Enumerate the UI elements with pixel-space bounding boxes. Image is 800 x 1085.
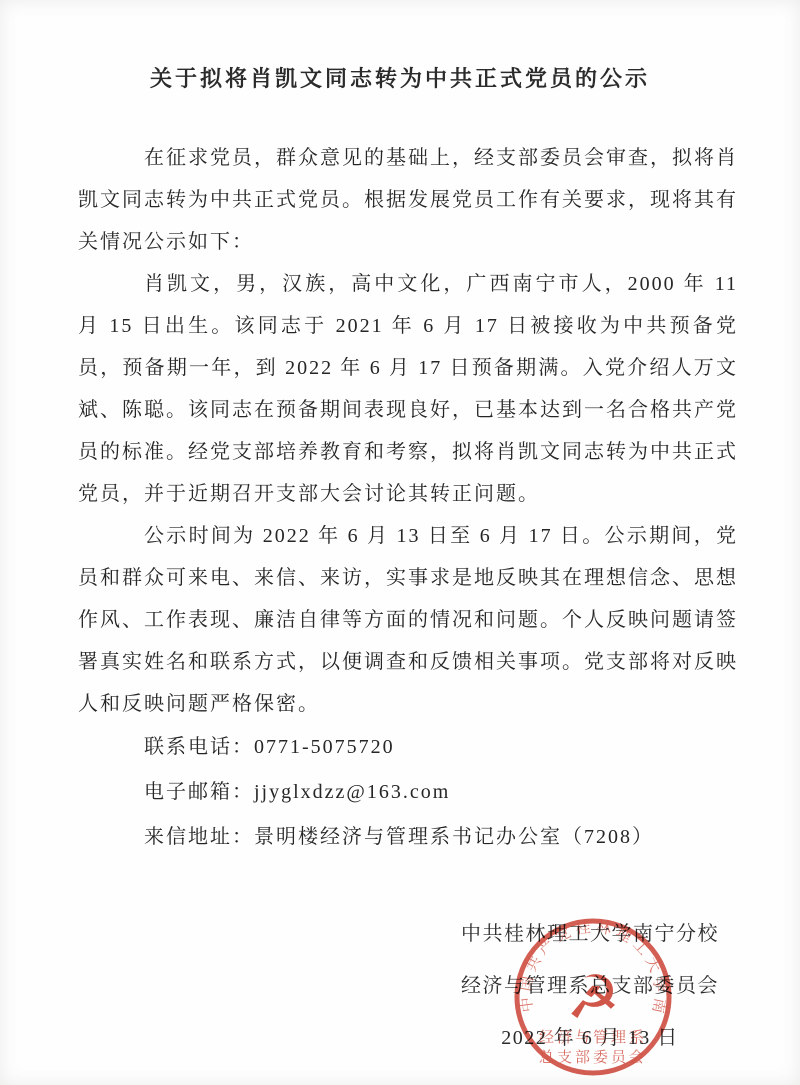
official-seal-graphic: 中国共产党桂林理工大学南宁分校 ☭ 经济与管理系 总支部委员会 — [512, 916, 674, 1078]
body-paragraph-1: 在征求党员，群众意见的基础上，经支部委员会审查，拟将肖凯文同志转为中共正式党员。… — [78, 137, 738, 263]
document-title: 关于拟将肖凯文同志转为中共正式党员的公示 — [0, 0, 800, 93]
body-paragraph-3: 公示时间为 2022 年 6 月 13 日至 6 月 17 日。公示期间，党员和… — [78, 515, 738, 725]
contact-phone-line: 联系电话：0771-5075720 — [78, 725, 738, 770]
contact-address-line: 来信地址：景明楼经济与管理系书记办公室（7208） — [78, 815, 738, 860]
contact-email-line: 电子邮箱：jjyglxdzz@163.com — [78, 770, 738, 815]
document-page: 关于拟将肖凯文同志转为中共正式党员的公示 在征求党员，群众意见的基础上，经支部委… — [0, 0, 800, 1085]
hammer-sickle-icon: ☭ — [566, 963, 620, 1033]
document-body: 在征求党员，群众意见的基础上，经支部委员会审查，拟将肖凯文同志转为中共正式党员。… — [78, 137, 738, 860]
body-paragraph-2: 肖凯文，男，汉族，高中文化，广西南宁市人，2000 年 11 月 15 日出生。… — [78, 263, 738, 515]
seal-inner-line-1: 经济与管理系 — [539, 1029, 647, 1046]
official-seal: 中国共产党桂林理工大学南宁分校 ☭ 经济与管理系 总支部委员会 — [512, 916, 674, 1078]
seal-inner-line-2: 总支部委员会 — [539, 1049, 647, 1066]
